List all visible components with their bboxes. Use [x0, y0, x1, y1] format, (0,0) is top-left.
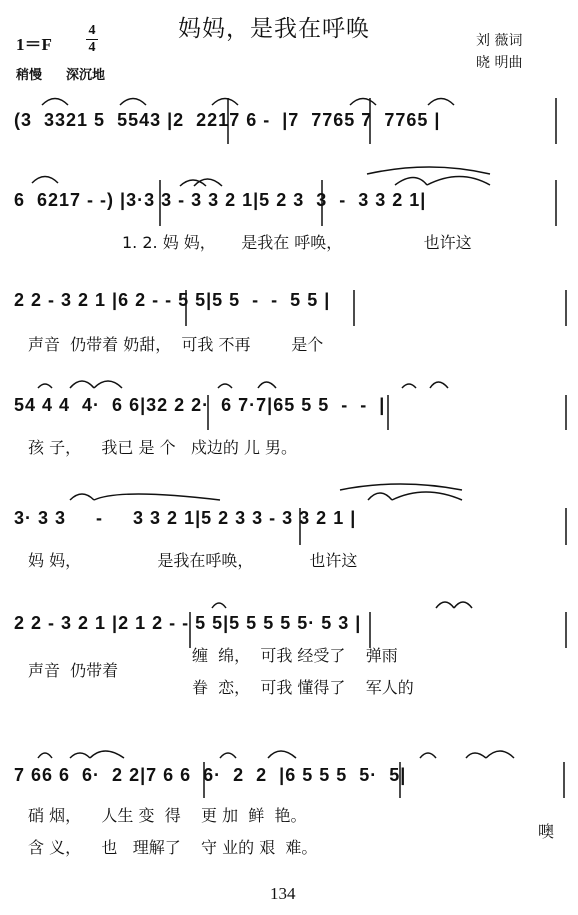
- page-number: 134: [270, 884, 296, 904]
- slur-marks: [0, 0, 578, 915]
